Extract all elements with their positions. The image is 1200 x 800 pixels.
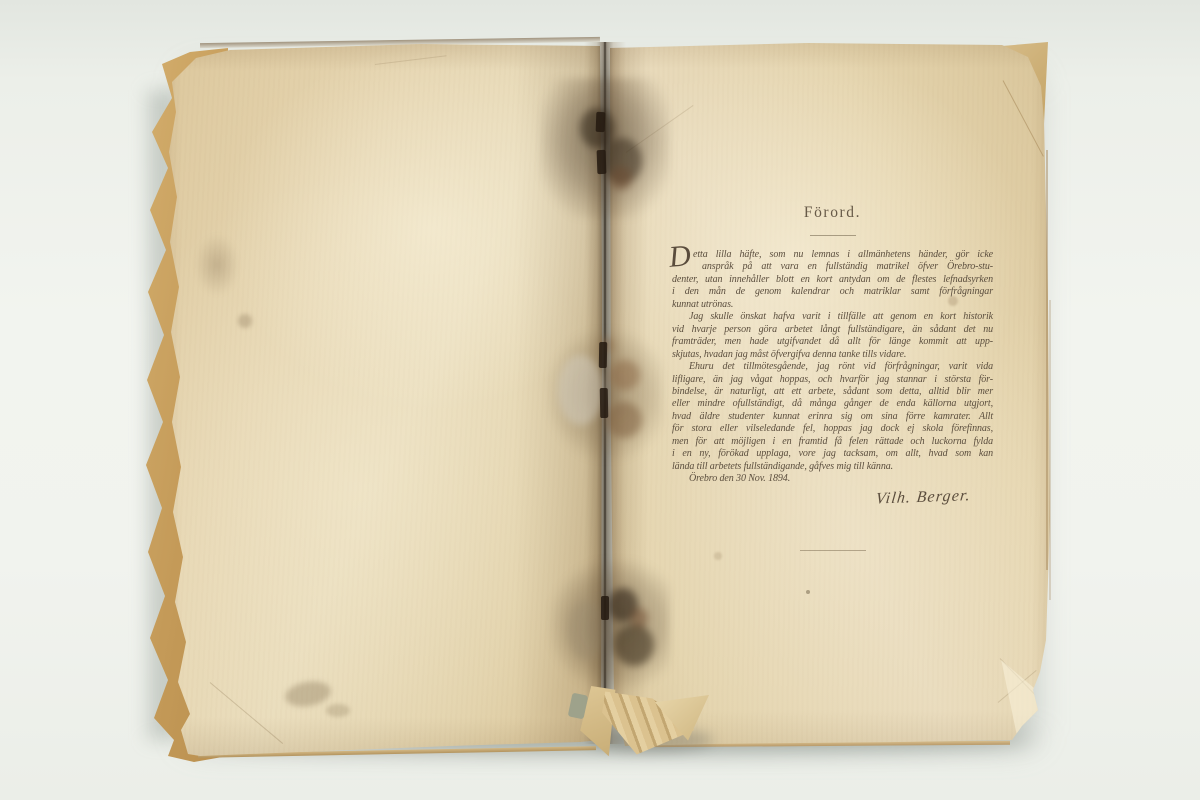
preface-line: anspråk på att vara en fullständig matri…	[672, 261, 993, 273]
fold-crease	[375, 55, 447, 65]
preface-paragraph: Ehuru det tillmötesgående, jag rönt vid …	[672, 361, 993, 473]
preface-paragraph: etta lilla häfte, som nu lemnas i allmän…	[672, 249, 993, 311]
preface-line: lända till arbetets fullständigande, gåf…	[672, 461, 993, 473]
title-rule	[810, 235, 856, 236]
stain-spot	[195, 234, 239, 296]
author-signature: Vilh. Berger.	[671, 486, 994, 515]
photo-of-open-book: { "scene": { "colors": { "background": "…	[0, 0, 1200, 800]
preface-line: bindelse, är naturligt, att ett arbete, …	[672, 386, 993, 398]
preface-paragraph: Jag skulle önskat hafva varit i tillfäll…	[672, 311, 993, 361]
stain-spot	[283, 678, 332, 710]
fold-crease	[626, 105, 694, 153]
preface-line: i en ny, förökad upplaga, vore jag tacks…	[672, 448, 993, 460]
preface-line: för stora eller vilseledande fel, hoppas…	[672, 423, 993, 435]
preface-line: i den mån de genom kalendrar och matrikl…	[672, 286, 993, 298]
dateline: Örebro den 30 Nov. 1894.	[672, 473, 993, 485]
preface-line: Jag skulle önskat hafva varit i tillfäll…	[672, 311, 993, 323]
staple	[601, 596, 609, 620]
staple	[597, 150, 607, 174]
page-stack-edge	[1049, 300, 1051, 600]
preface-line: framträder, men hade utgifvandet då allt…	[672, 336, 993, 348]
preface-line: vid hvarje person göra arbetet långt ful…	[672, 324, 993, 336]
preface-paragraphs: D etta lilla häfte, som nu lemnas i allm…	[672, 249, 993, 473]
stain-spot	[238, 314, 252, 328]
preface-line: skjutas, hvadan jag måst öfvergifva denn…	[672, 349, 993, 361]
page-stack-edge	[1046, 150, 1048, 570]
preface-line: denter, utan innehåller blott en kort an…	[672, 274, 993, 286]
preface-line: lifligare, än jag vågat hoppas, och hvar…	[672, 374, 993, 386]
staple	[600, 388, 609, 418]
preface-line: eller mindre ofullständigt, då många gån…	[672, 398, 993, 410]
preface-line: Ehuru det tillmötesgående, jag rönt vid …	[672, 361, 993, 373]
preface-text-block: Förord. D etta lilla häfte, som nu lemna…	[672, 196, 993, 551]
stain-spot	[326, 704, 350, 717]
preface-line: kunnat utrönas.	[672, 299, 993, 311]
corner-fold-highlight	[996, 640, 1048, 740]
staple	[599, 342, 607, 368]
preface-line: hvad äldre studenter kunnat erinra sig o…	[672, 411, 993, 423]
preface-line: etta lilla häfte, som nu lemnas i allmän…	[672, 249, 993, 261]
section-divider-rule	[800, 550, 866, 551]
preface-line: men för att möjligen i en framtid få fel…	[672, 436, 993, 448]
stain-spot	[714, 552, 722, 560]
page-title: Förord.	[672, 196, 993, 222]
fold-crease	[210, 682, 283, 744]
drop-cap: D	[668, 241, 692, 273]
stain-speck	[806, 590, 810, 594]
left-page	[150, 42, 605, 760]
staple	[596, 112, 606, 132]
